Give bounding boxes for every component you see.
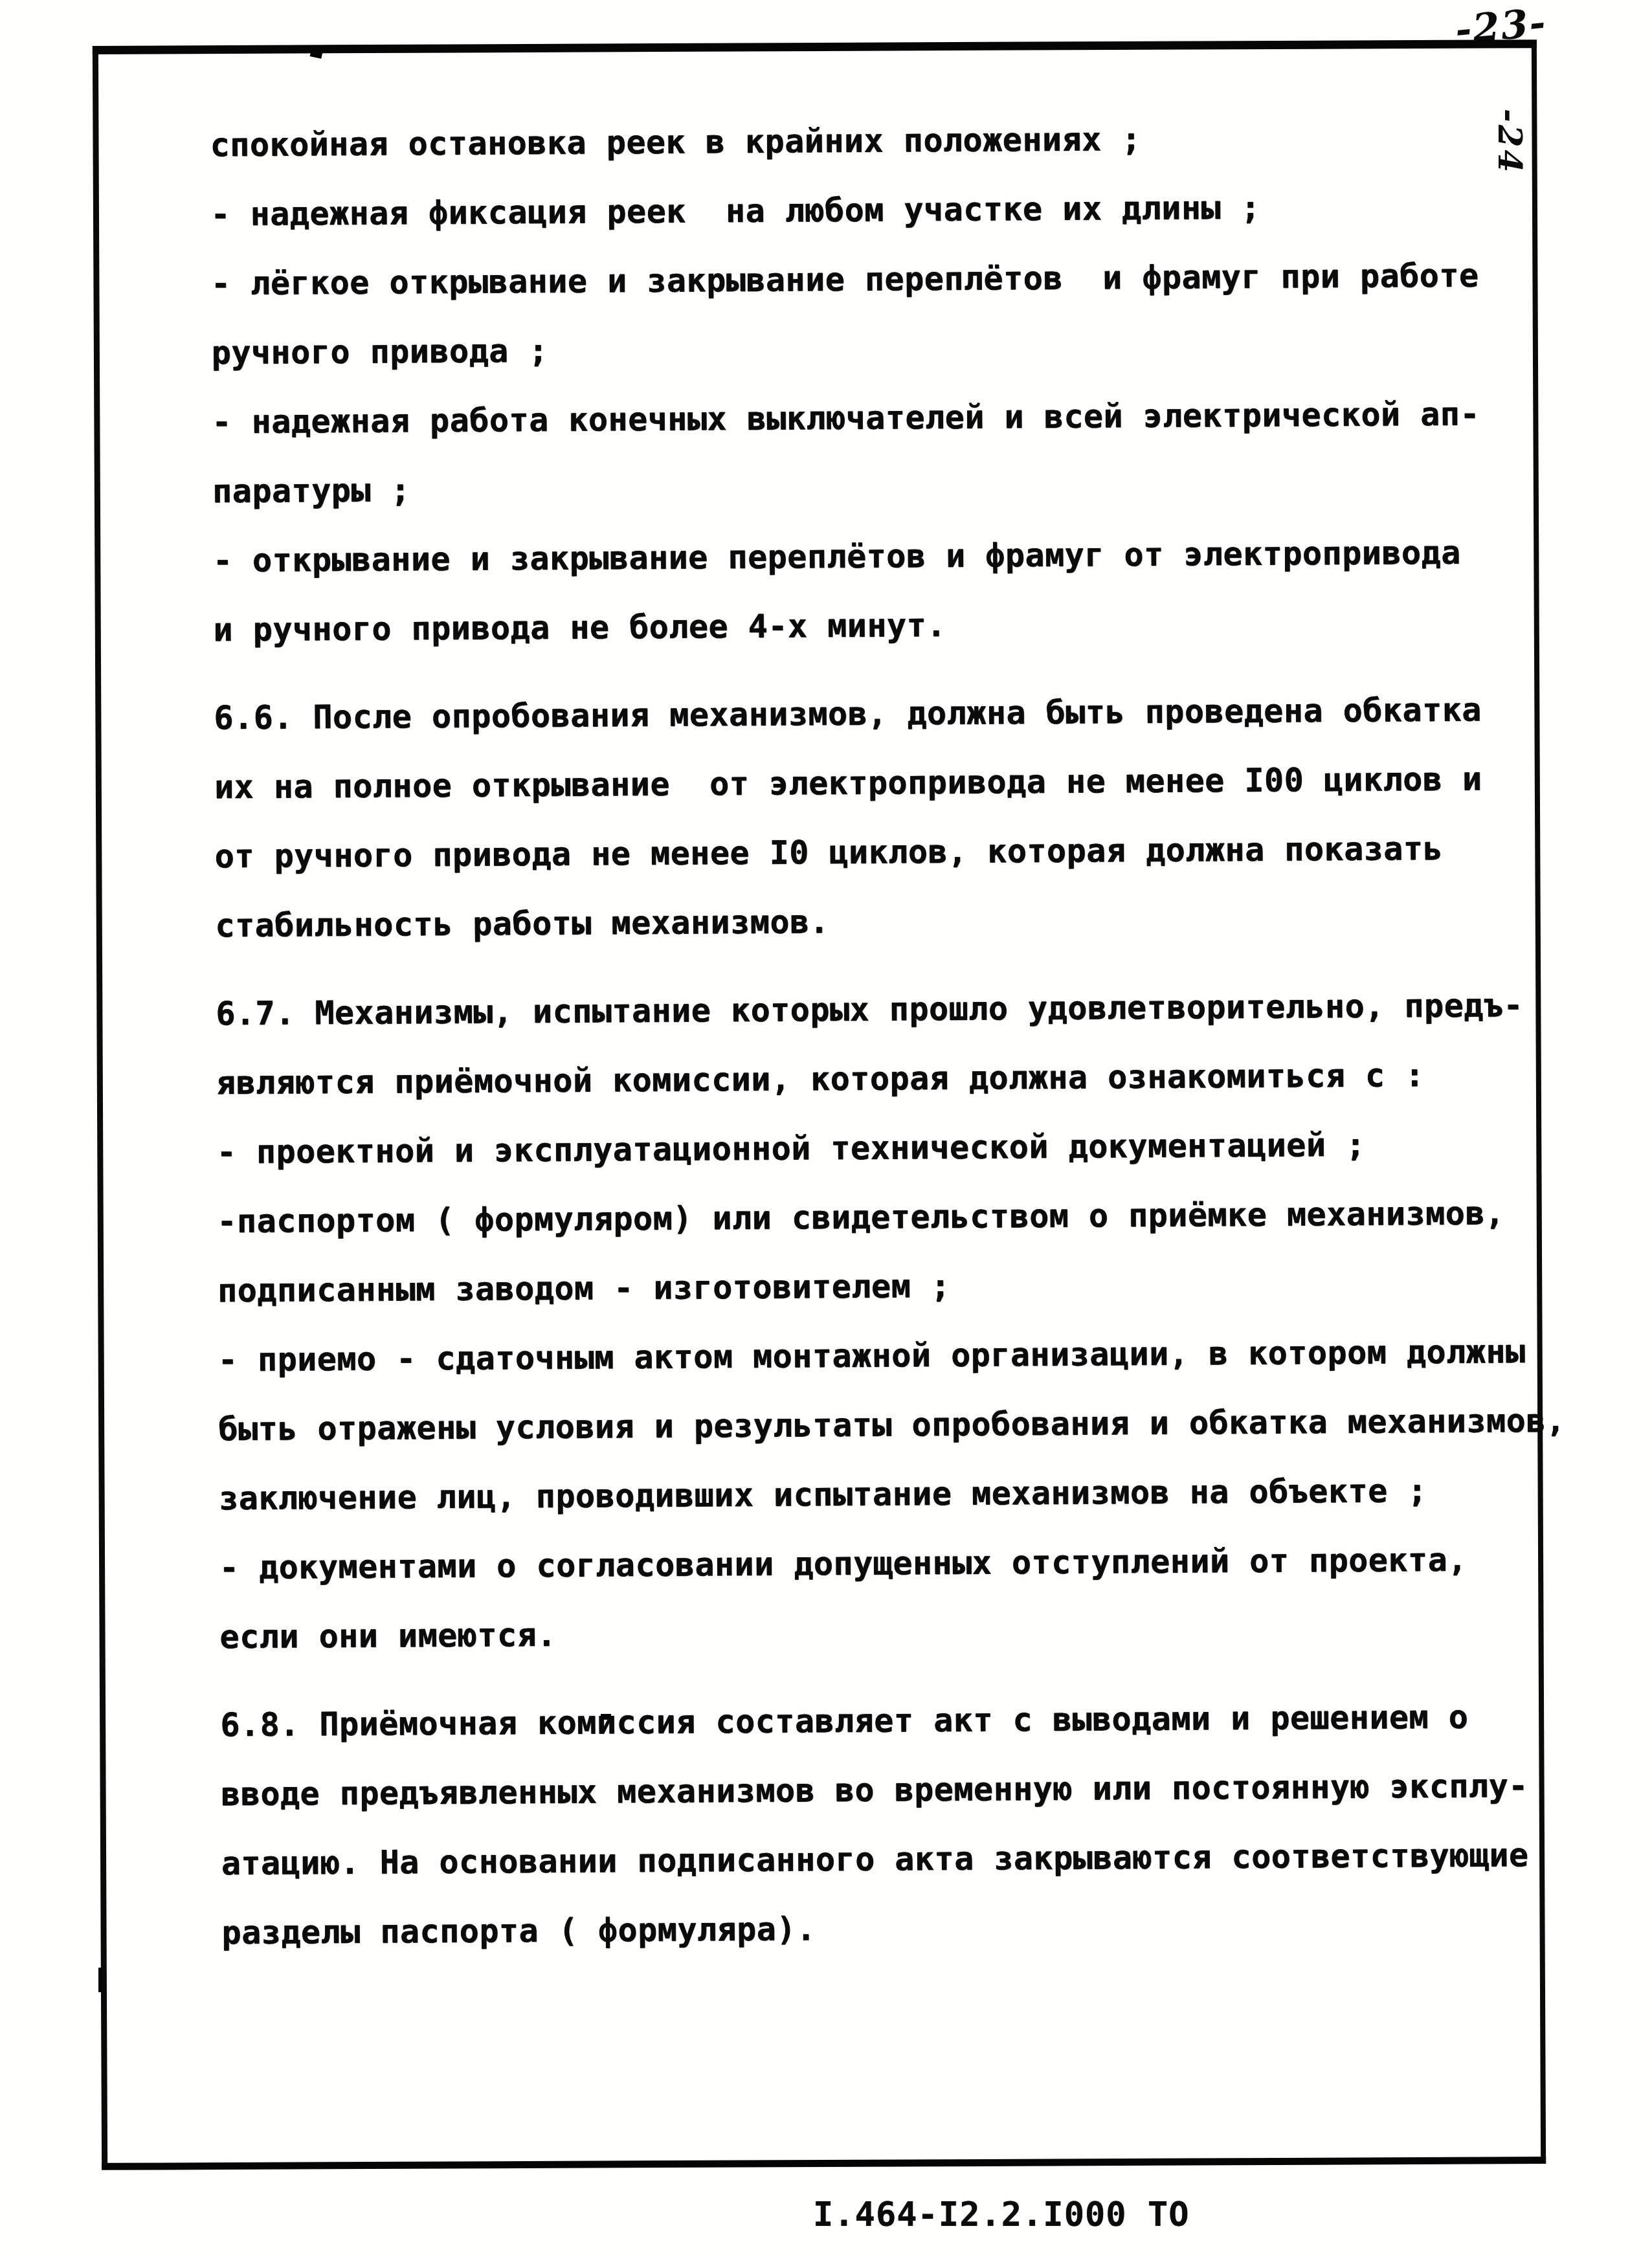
text-line: быть отражены условия и результаты опроб… xyxy=(218,1386,1545,1464)
text-line: 6.7. Механизмы, испытание которых прошло… xyxy=(216,971,1543,1049)
text-line: - открывание и закрывание переплётов и ф… xyxy=(212,518,1539,595)
text-line: являются приёмочной комиссии, которая до… xyxy=(216,1040,1543,1118)
text-line: -паспортом ( формуляром) или свидетельст… xyxy=(217,1179,1544,1256)
text-line: атацию. На основании подписанного акта з… xyxy=(221,1821,1548,1898)
text-line: 6.8. Приёмочная комиссия составляет акт … xyxy=(220,1682,1547,1760)
text-line: подписанным заводом - изготовителем ; xyxy=(218,1248,1545,1326)
footer-document-code: I.464-I2.2.I000 ТО xyxy=(813,2195,1190,2234)
page-border-frame: спокойная остановка реек в крайних полож… xyxy=(93,39,1546,2170)
ink-speck xyxy=(601,1714,611,1720)
text-line: стабильность работы механизмов. xyxy=(215,883,1542,961)
text-line: - лёгкое открывание и закрывание переплё… xyxy=(211,241,1538,318)
text-line: - надежная работа конечных выключателей … xyxy=(212,379,1539,457)
text-line: от ручного привода не менее I0 циклов, к… xyxy=(214,814,1541,891)
text-line: ручного привода ; xyxy=(211,310,1538,388)
text-line: вводе предъявленных механизмов во времен… xyxy=(221,1751,1548,1829)
text-line: 6.6. После опробования механизмов, должн… xyxy=(214,675,1541,753)
scanned-document-page: -23- спокойная остановка реек в крайних … xyxy=(0,0,1652,2255)
text-line: - проектной и эксплуатационной техническ… xyxy=(216,1109,1543,1187)
text-line: если они имеются. xyxy=(219,1594,1546,1672)
text-line: их на полное открывание от электропривод… xyxy=(214,744,1541,822)
text-line: разделы паспорта ( формуляра). xyxy=(221,1890,1548,1968)
text-line: паратуры ; xyxy=(212,449,1539,526)
ink-speck xyxy=(98,1968,102,1992)
text-line: - надежная фиксация реек на любом участк… xyxy=(210,172,1537,249)
text-line: - приемо - сдаточным актом монтажной орг… xyxy=(218,1317,1545,1395)
text-line: спокойная остановка реек в крайних полож… xyxy=(210,102,1537,180)
margin-note-rotated: -24 xyxy=(1493,109,1526,199)
text-line: и ручного привода не более 4-х минут. xyxy=(213,587,1540,665)
text-line: заключение лиц, проводивших испытание ме… xyxy=(219,1456,1546,1533)
text-line: - документами о согласовании допущенных … xyxy=(219,1525,1546,1603)
typewritten-text-block: спокойная остановка реек в крайних полож… xyxy=(210,102,1548,1968)
